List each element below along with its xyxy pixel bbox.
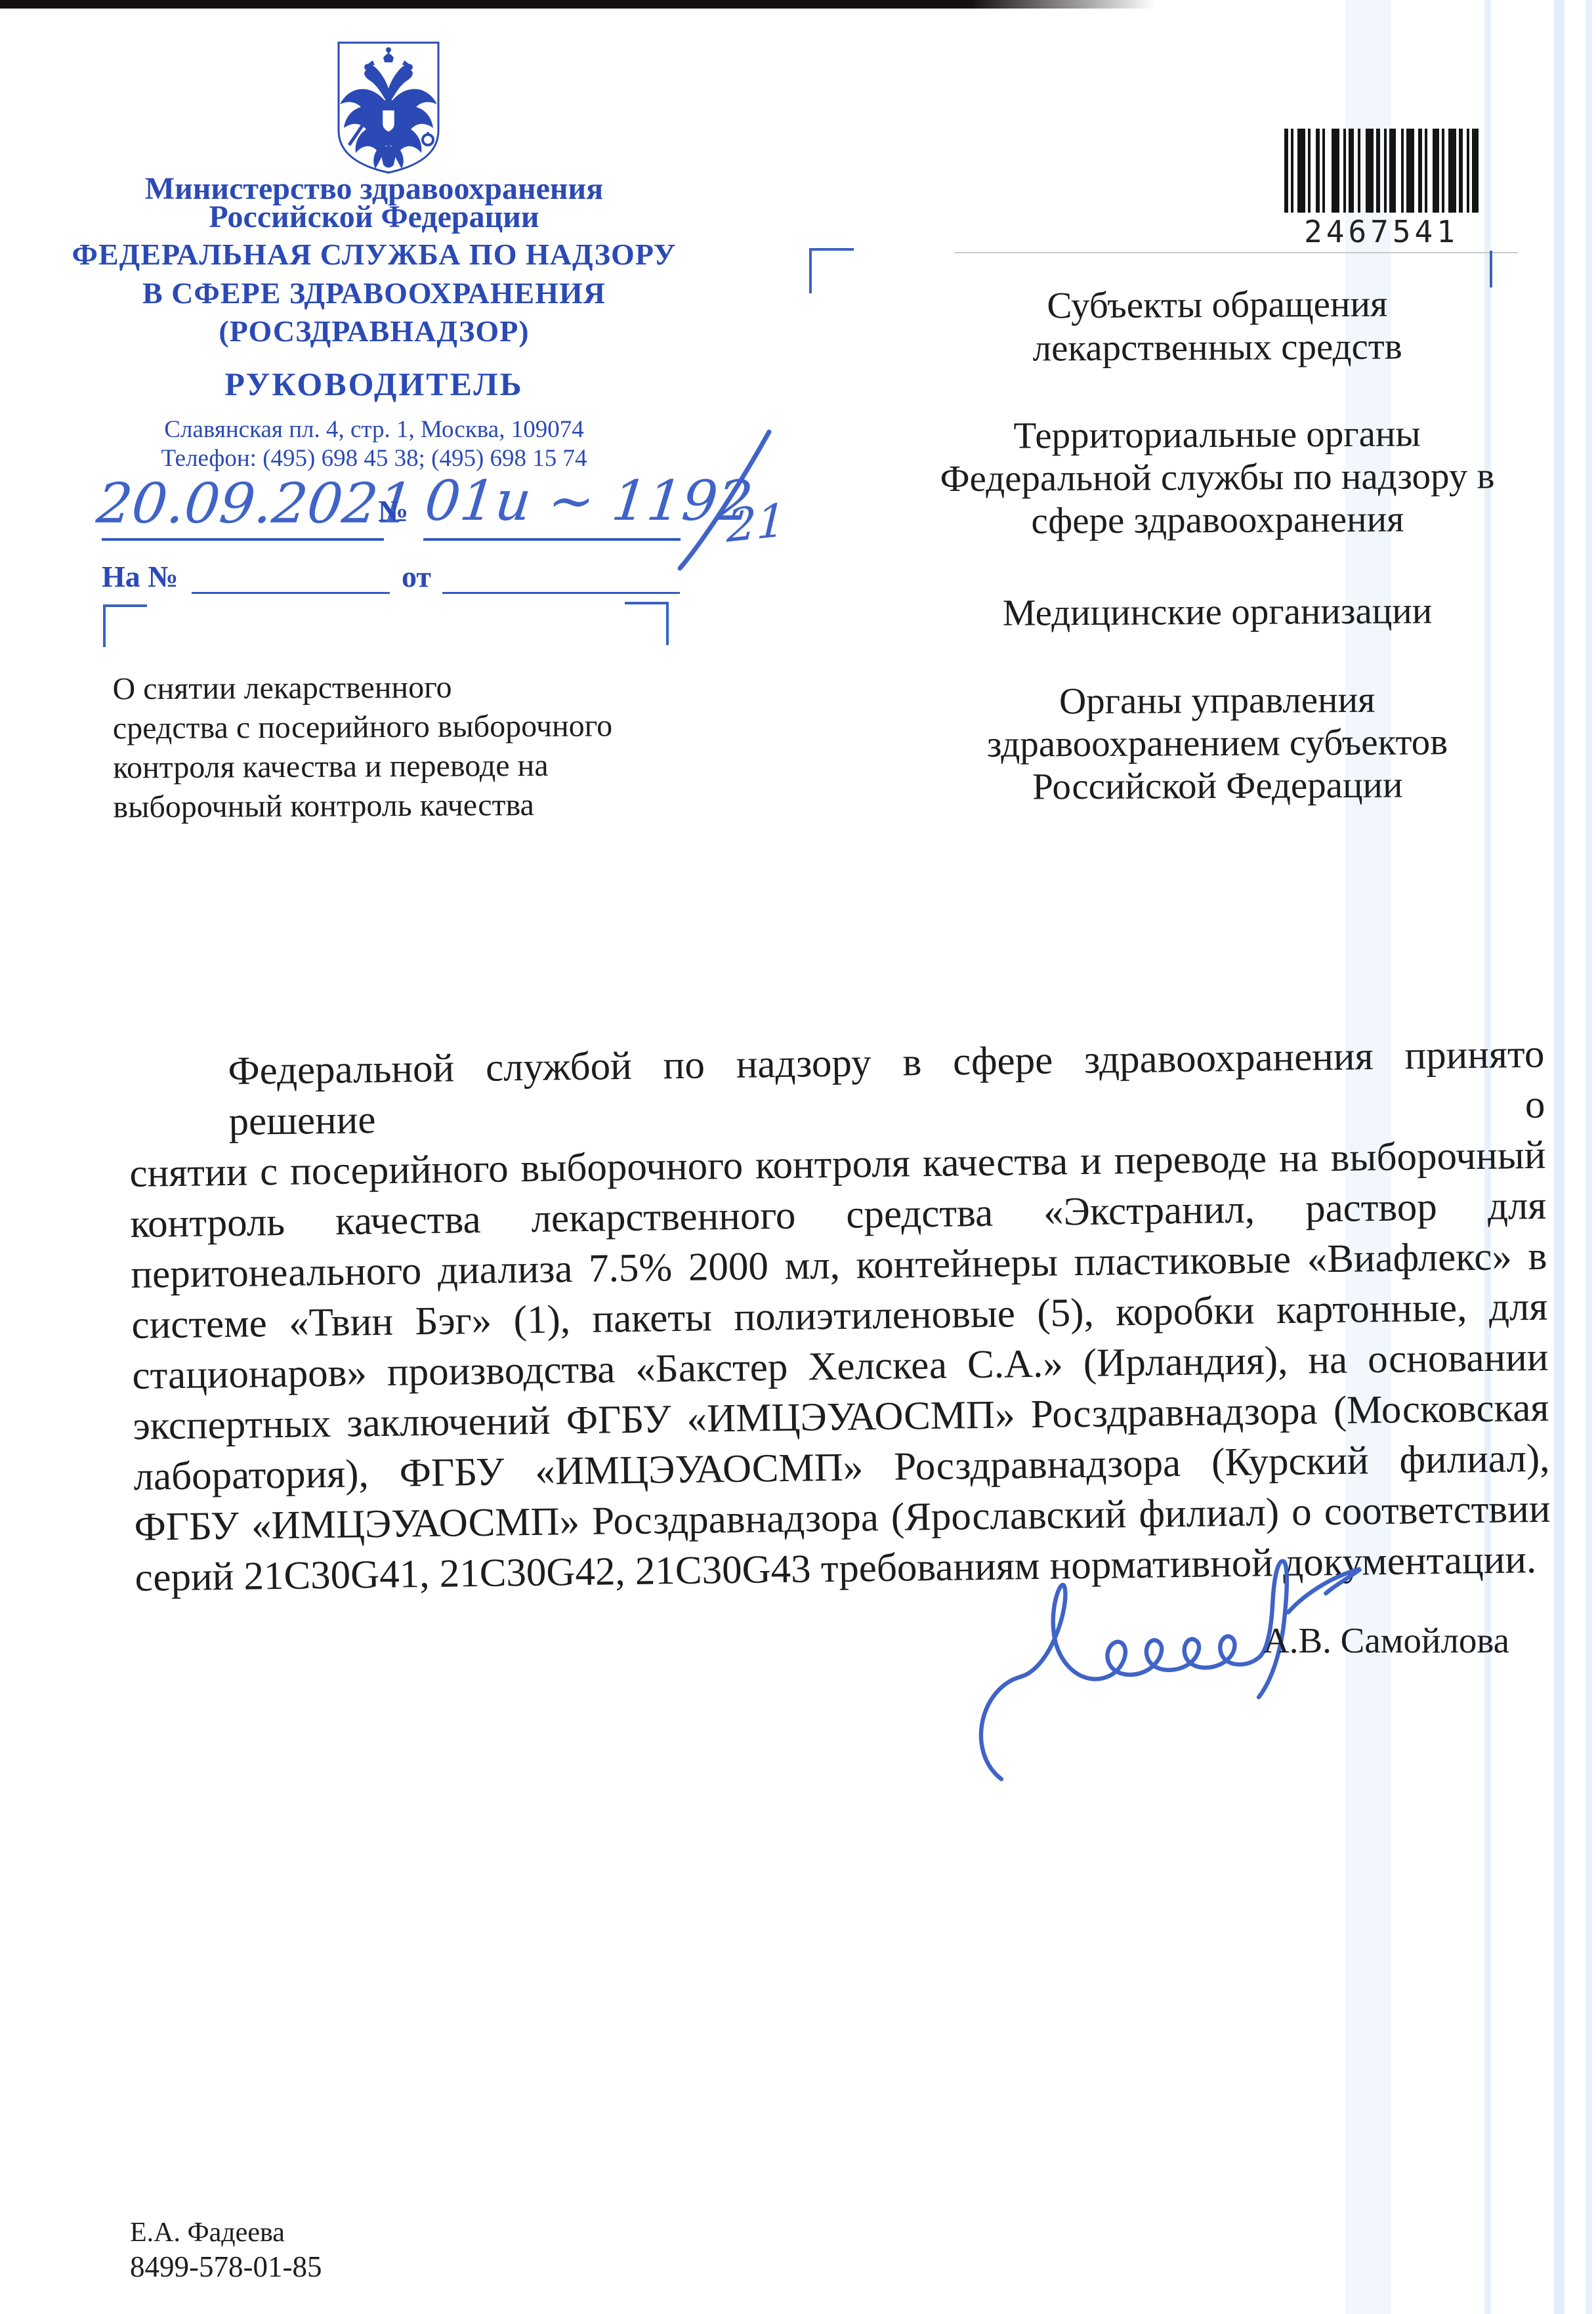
ref-ot-label: от [402,559,431,594]
executor-phone: 8499-578-01-85 [130,2250,322,2284]
subject-line: средства с посерийного выборочного [113,706,703,749]
number-sign-label: № [378,494,408,528]
ministry-name-line2: Российской Федерации [26,199,722,235]
handwritten-date: 20.09.2021 [94,471,416,536]
service-name-line2: В СФЕРЕ ЗДРАВООХРАНЕНИЯ [26,276,722,310]
recipient-line: Федеральной службы по надзору в [866,454,1568,501]
letterhead-address: Славянская пл. 4, стр. 1, Москва, 109074 [26,415,722,444]
coat-of-arms-icon [332,39,445,176]
date-underline [102,538,384,541]
scan-edge-artifact [0,0,1168,9]
service-name-line3: (РОСЗДРАВНАДЗОР) [26,314,722,348]
executor-name: Е.А. Фадеева [130,2217,285,2248]
handwritten-number-suffix: 21 [726,494,787,553]
recipient-field-line [955,252,1518,253]
recipient-field-corner-left [809,248,854,293]
recipient-line: Территориальные органы [866,411,1568,458]
recipient-line: здравоохранением субъектов [866,720,1568,767]
recipient-group: Субъекты обращения лекарственных средств [866,282,1569,371]
barcode-number: 2467541 [1284,214,1479,249]
signer-name: А.В. Самойлова [1263,1620,1509,1661]
subject-line: выборочный контроль качества [113,785,703,828]
handwritten-signature [969,1536,1368,1792]
address-field-corner-left [103,604,147,647]
recipient-line: Медицинские организации [866,589,1568,635]
body-line: Федеральной службой по надзору в сфере з… [128,1029,1545,1148]
recipient-line: лекарственных средств [866,324,1568,371]
recipient-line: Российской Федерации [866,763,1568,809]
ref-date-blank [442,592,680,594]
subject-line: О снятии лекарственного [112,667,703,709]
service-name-line1: ФЕДЕРАЛЬНАЯ СЛУЖБА ПО НАДЗОРУ [26,237,722,272]
scan-streak [1585,0,1592,2314]
recipient-line: Органы управления [866,677,1568,724]
scanned-letter-page: Министерство здравоохранения Российской … [0,0,1596,2314]
subject-line: контроля качества и переводе на [113,746,703,788]
recipient-group: Органы управления здравоохранением субъе… [866,677,1568,809]
recipient-group: Медицинские организации [866,589,1568,635]
address-field-corner-right [625,602,669,645]
recipient-line: Субъекты обращения [866,282,1568,328]
position-title: РУКОВОДИТЕЛЬ [26,365,722,403]
subject-block: О снятии лекарственного средства с посер… [112,667,703,828]
ref-na-label: На № [102,559,178,594]
barcode [1284,129,1479,213]
ref-number-blank [192,592,390,594]
number-underline [423,538,681,541]
body-paragraph: Федеральной службой по надзору в сфере з… [128,1029,1551,1603]
recipient-line: сфере здравоохранения [866,497,1568,543]
recipient-group: Территориальные органы Федеральной служб… [866,411,1568,543]
